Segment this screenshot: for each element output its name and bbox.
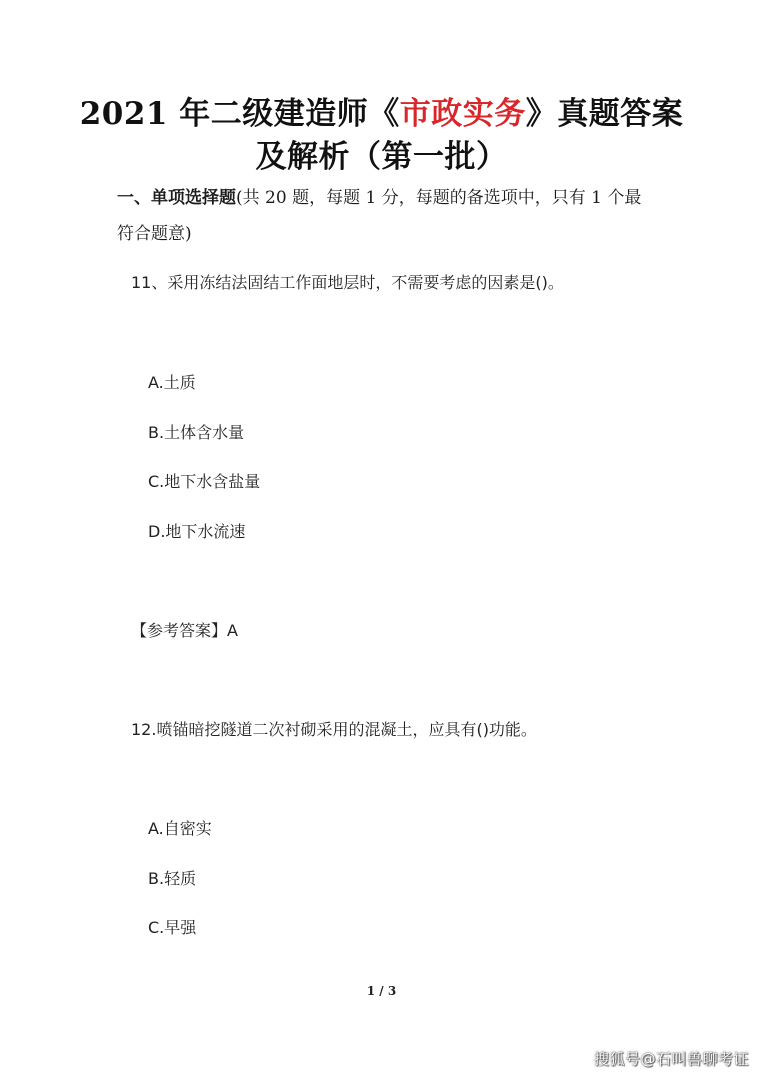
question-11-option-b: B.土体含水量 bbox=[148, 422, 244, 444]
question-12-option-c: C.早强 bbox=[148, 917, 196, 939]
question-11-text: 11、采用冻结法固结工作面地层时，不需要考虑的因素是()。 bbox=[131, 272, 564, 294]
section-heading: 一、单项选择题(共 20 题，每题 1 分，每题的备选项中，只有 1 个最 符合… bbox=[117, 180, 657, 252]
question-12-option-b: B.轻质 bbox=[148, 868, 196, 890]
title-subject-highlight: 市政实务 bbox=[400, 96, 526, 132]
title-suffix: 》真题答案 bbox=[526, 96, 684, 132]
question-12-text: 12.喷锚暗挖隧道二次衬砌采用的混凝土，应具有()功能。 bbox=[131, 719, 537, 741]
document-page: 2021 年二级建造师《市政实务》真题答案 及解析（第一批） 一、单项选择题(共… bbox=[0, 0, 763, 1080]
question-11-option-d: D.地下水流速 bbox=[148, 521, 245, 543]
page-indicator: 1 / 3 bbox=[0, 984, 763, 998]
document-title-line-1: 2021 年二级建造师《市政实务》真题答案 bbox=[0, 94, 763, 134]
question-11-option-a: A.土质 bbox=[148, 372, 196, 394]
question-11-answer: 【参考答案】A bbox=[131, 620, 238, 642]
watermark: 搜狐号@石叫兽聊考证 bbox=[594, 1048, 749, 1069]
section-heading-title: 一、单项选择题 bbox=[117, 188, 236, 208]
question-11-option-c: C.地下水含盐量 bbox=[148, 471, 260, 493]
document-title-line-2: 及解析（第一批） bbox=[0, 137, 763, 177]
section-heading-note-cont: 符合题意) bbox=[117, 224, 192, 244]
title-prefix: 2021 年二级建造师《 bbox=[80, 96, 400, 132]
section-heading-note: (共 20 题，每题 1 分，每题的备选项中，只有 1 个最 bbox=[236, 188, 641, 208]
question-12-option-a: A.自密实 bbox=[148, 818, 212, 840]
